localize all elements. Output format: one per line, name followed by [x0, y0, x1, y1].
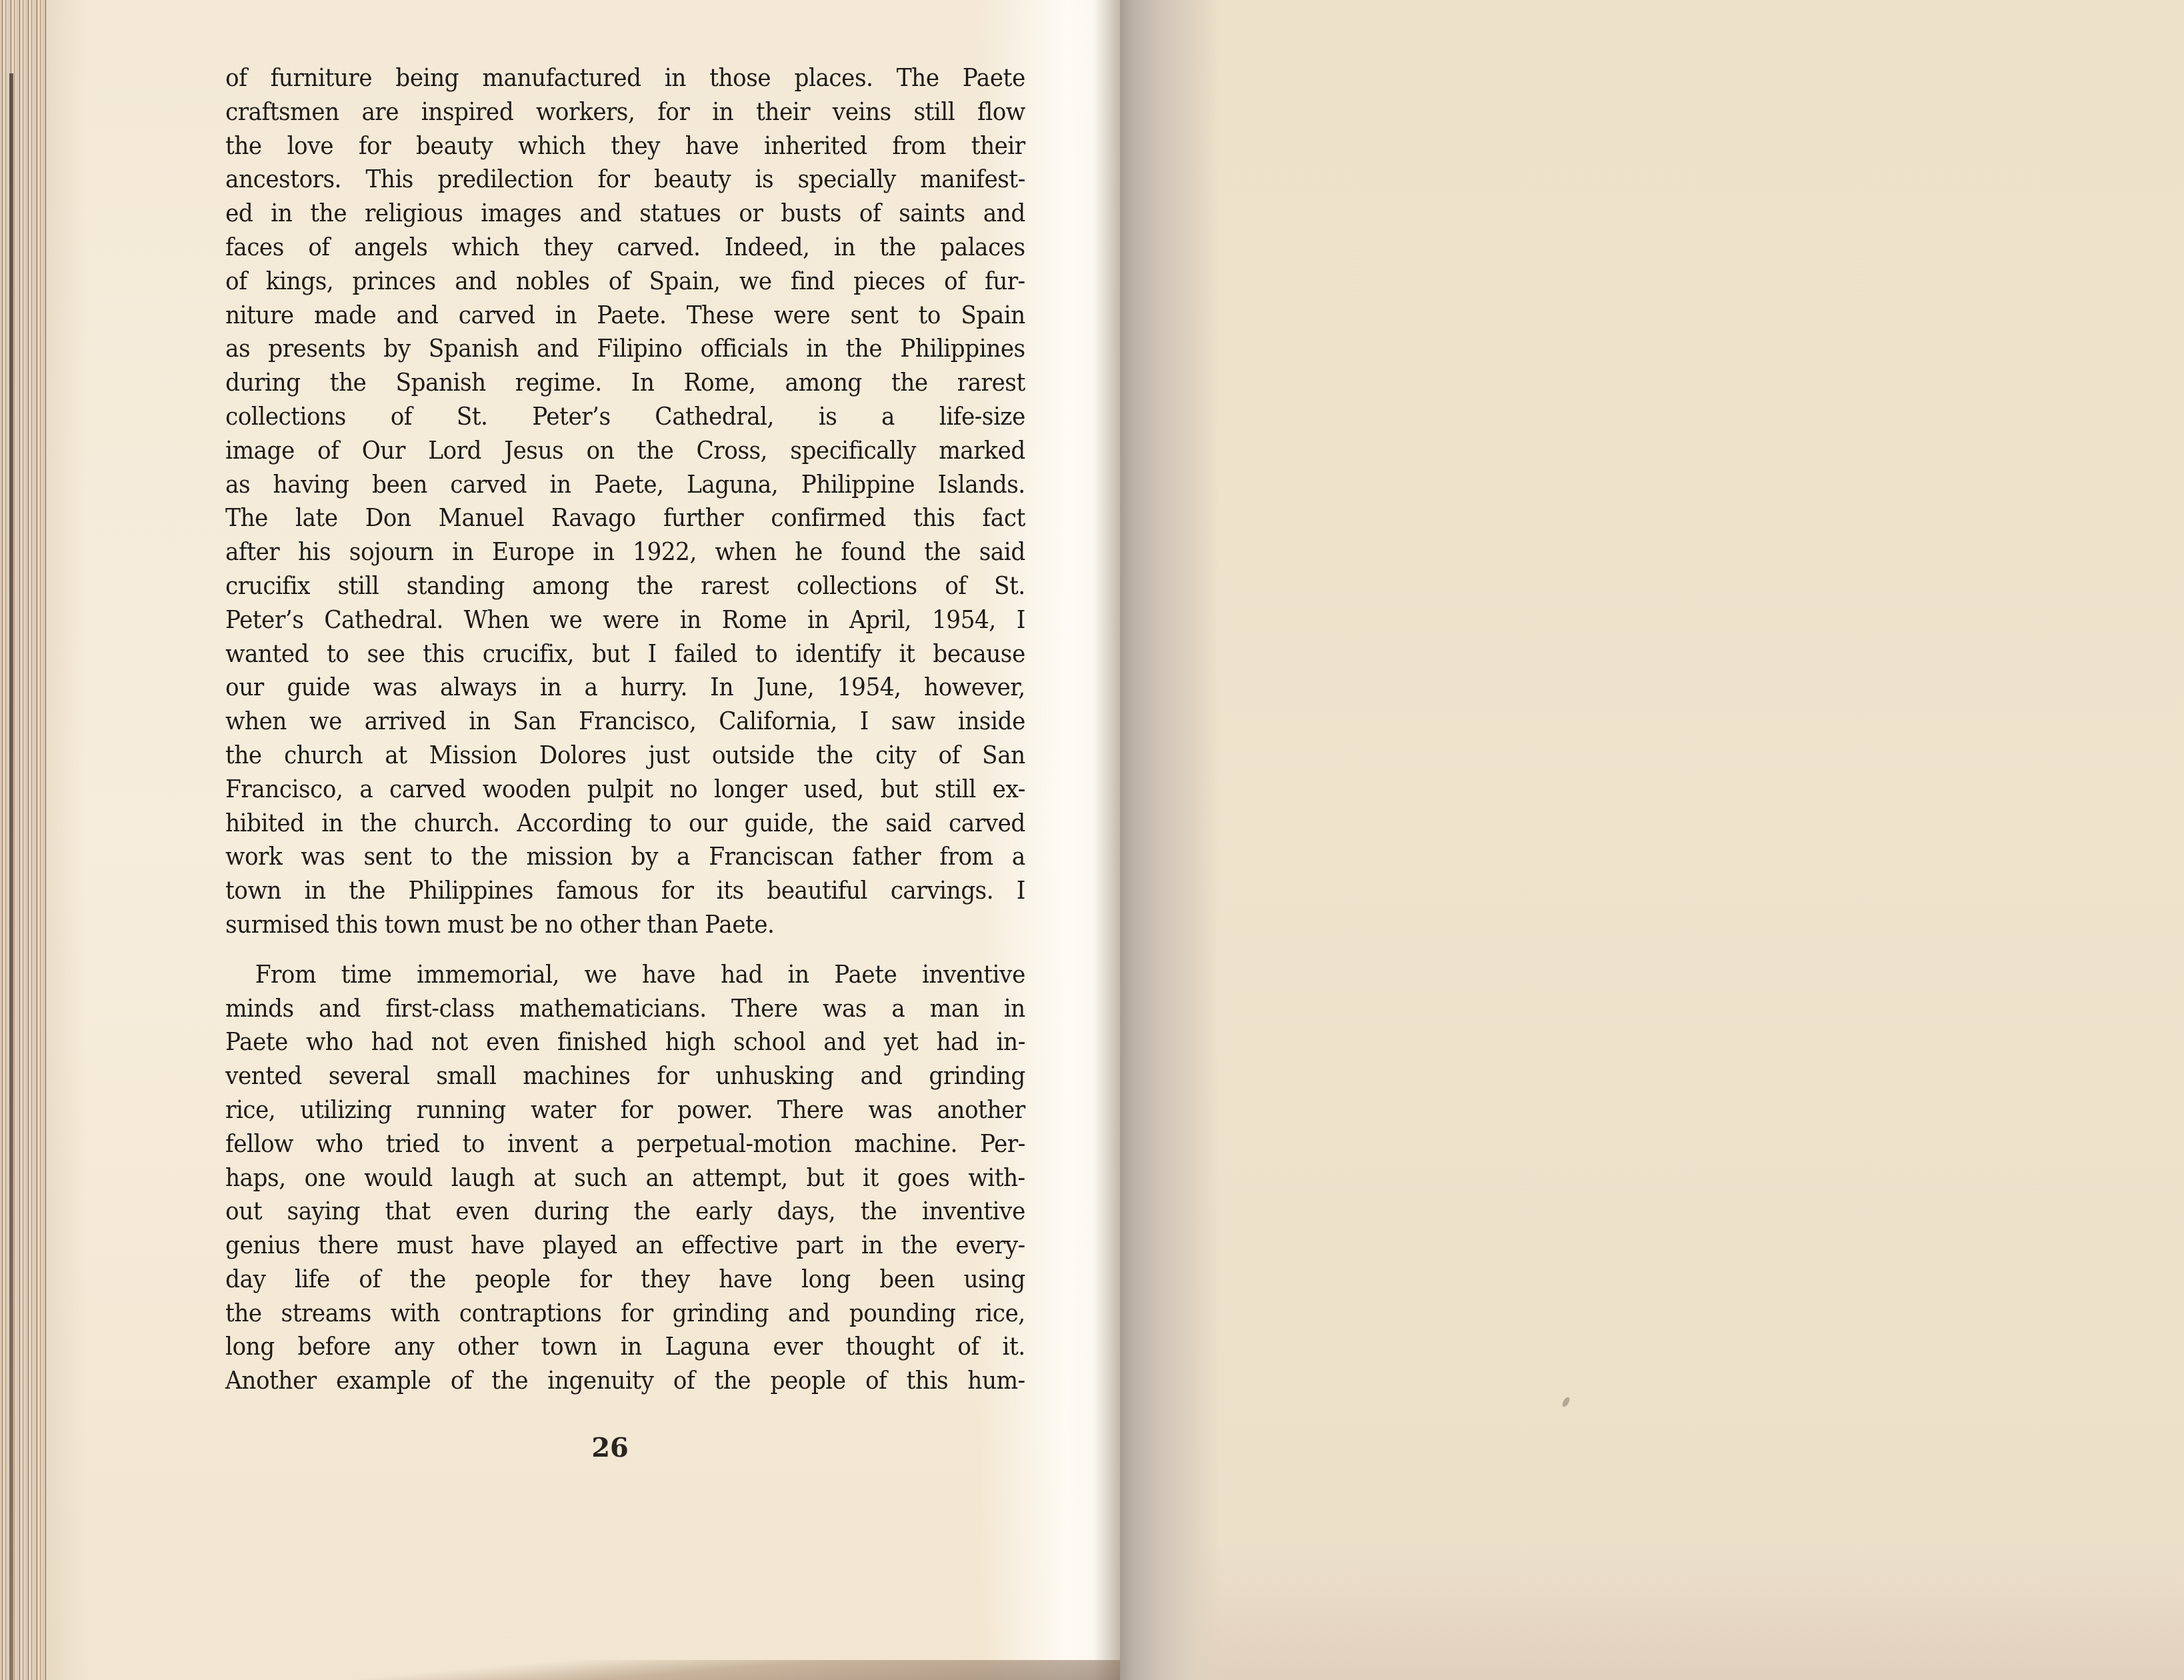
text-line: haps, one would laugh at such an attempt… — [225, 1161, 1025, 1195]
text-line: the church at Mission Dolores just outsi… — [225, 739, 1025, 773]
text-line: our guide was always in a hurry. In June… — [225, 671, 1025, 705]
text-line: vented several small machines for unhusk… — [225, 1059, 1025, 1093]
text-line: wanted to see this crucifix, but I faile… — [225, 637, 1025, 671]
paragraph-gap — [225, 942, 969, 958]
book-gutter-shadow — [1120, 0, 1220, 1680]
text-line: faces of angels which they carved. Indee… — [225, 231, 1025, 265]
text-line: ed in the religious images and statues o… — [225, 197, 1025, 231]
text-line: Francisco, a carved wooden pulpit no lon… — [225, 773, 1025, 807]
text-line: minds and first-class mathematicians. Th… — [225, 992, 1025, 1026]
text-line: collections of St. Peter’s Cathedral, is… — [225, 400, 1025, 434]
text-line: the love for beauty which they have inhe… — [225, 129, 1025, 163]
left-page-body-text: of furniture being manufactured in those… — [225, 61, 969, 1398]
page-edge-shadow — [9, 73, 13, 1680]
text-line: genius there must have played an effecti… — [225, 1229, 1025, 1263]
text-line: work was sent to the mission by a Franci… — [225, 840, 1025, 874]
text-line: Paete who had not even finished high sch… — [225, 1025, 1025, 1059]
text-line: Another example of the ingenuity of the … — [225, 1364, 1025, 1398]
text-line: when we arrived in San Francisco, Califo… — [225, 705, 1025, 739]
text-line: the streams with contraptions for grindi… — [225, 1297, 1025, 1331]
text-line: niture made and carved in Paete. These w… — [225, 299, 1025, 333]
text-line: long before any other town in Laguna eve… — [225, 1330, 1025, 1364]
text-line: during the Spanish regime. In Rome, amon… — [225, 366, 1025, 400]
text-line: after his sojourn in Europe in 1922, whe… — [225, 535, 1025, 569]
text-line: ancestors. This predilection for beauty … — [225, 163, 1025, 197]
text-line: The late Don Manuel Ravago further confi… — [225, 501, 1025, 535]
left-page-bottom-curl — [47, 1660, 1120, 1680]
text-line: crucifix still standing among the rarest… — [225, 569, 1025, 603]
text-line: hibited in the church. According to our … — [225, 807, 1025, 841]
text-line: rice, utilizing running water for power.… — [225, 1093, 1025, 1127]
text-line-paragraph-end: surmised this town must be no other than… — [225, 908, 1025, 942]
text-line: as having been carved in Paete, Laguna, … — [225, 468, 1025, 502]
text-line: day life of the people for they have lon… — [225, 1263, 1025, 1297]
paper-speck — [1561, 1396, 1571, 1408]
text-line: craftsmen are inspired workers, for in t… — [225, 95, 1025, 129]
text-line: as presents by Spanish and Filipino offi… — [225, 332, 1025, 366]
text-line: town in the Philippines famous for its b… — [225, 874, 1025, 908]
page-number: 26 — [580, 1432, 640, 1463]
right-page — [1120, 0, 2184, 1680]
text-line: of furniture being manufactured in those… — [225, 61, 1025, 95]
text-line: out saying that even during the early da… — [225, 1195, 1025, 1229]
text-line: of kings, princes and nobles of Spain, w… — [225, 265, 1025, 299]
text-line: Peter’s Cathedral. When we were in Rome … — [225, 603, 1025, 637]
text-line: fellow who tried to invent a perpetual-m… — [225, 1127, 1025, 1161]
page-edges-stack — [0, 0, 47, 1680]
book-spread: of furniture being manufactured in those… — [0, 0, 2184, 1680]
text-line-paragraph-start: From time immemorial, we have had in Pae… — [225, 958, 1025, 992]
text-line: image of Our Lord Jesus on the Cross, sp… — [225, 434, 1025, 468]
